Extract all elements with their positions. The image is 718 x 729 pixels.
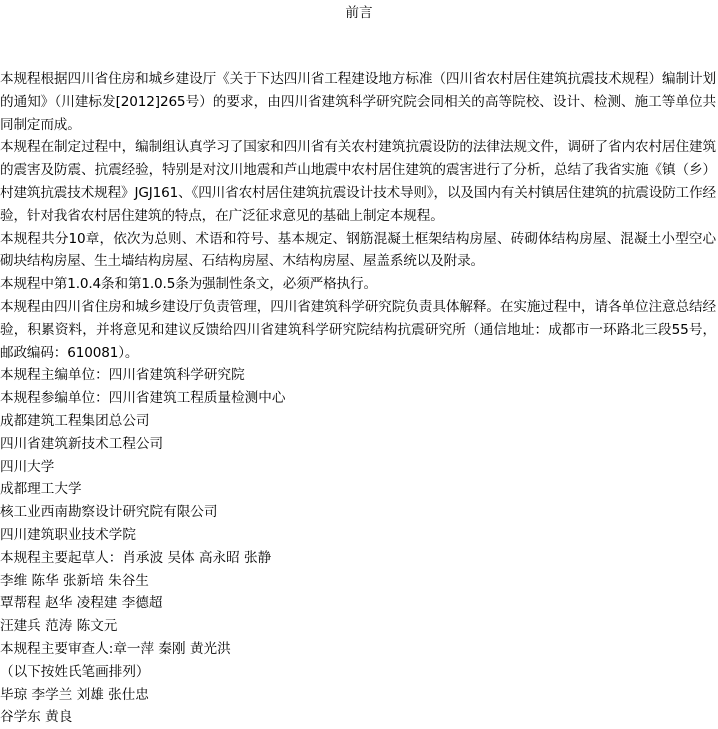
paragraph-management: 本规程由四川省住房和城乡建设厅负责管理，四川省建筑科学研究院负责具体解释。在实施… xyxy=(0,296,718,364)
drafters-list: 本规程主要起草人：肖承波 吴体 高永昭 张静 李维 陈华 张新培 朱谷生 覃帮程… xyxy=(0,547,718,638)
document-page: 前言 本规程根据四川省住房和城乡建设厅《关于下达四川省工程建设地方标准（四川省农… xyxy=(0,2,718,729)
participating-units-list: 本规程参编单位：四川省建筑工程质量检测中心 成都建筑工程集团总公司 四川省建筑新… xyxy=(0,387,718,547)
paragraph-background: 本规程根据四川省住房和城乡建设厅《关于下达四川省工程建设地方标准（四川省农村居住… xyxy=(0,68,718,136)
spacer xyxy=(0,24,718,68)
participating-unit: 成都理工大学 xyxy=(0,478,718,501)
chief-editor-unit: 本规程主编单位：四川省建筑科学研究院 xyxy=(0,364,718,387)
reviewers-note: （以下按姓氏笔画排列） xyxy=(0,661,718,684)
paragraph-process: 本规程在制定过程中，编制组认真学习了国家和四川省有关农村建筑抗震设防的法律法规文… xyxy=(0,136,718,227)
participating-unit: 四川大学 xyxy=(0,456,718,479)
reviewers-list: 本规程主要审查人:章一萍 秦刚 黄光洪 （以下按姓氏笔画排列） 毕琼 李学兰 刘… xyxy=(0,638,718,729)
drafters-line: 汪建兵 范涛 陈文元 xyxy=(0,615,718,638)
page-title: 前言 xyxy=(0,2,718,24)
participating-unit: 四川建筑职业技术学院 xyxy=(0,524,718,547)
reviewers-line: 毕琼 李学兰 刘雄 张仕忠 xyxy=(0,684,718,707)
paragraph-chapters: 本规程共分10章，依次为总则、术语和符号、基本规定、钢筋混凝土框架结构房屋、砖砌… xyxy=(0,228,718,274)
paragraph-mandatory: 本规程中第1.0.4条和第1.0.5条为强制性条文，必须严格执行。 xyxy=(0,273,718,296)
drafters-line: 李维 陈华 张新培 朱谷生 xyxy=(0,570,718,593)
reviewers-line: 谷学东 黄良 xyxy=(0,706,718,729)
reviewers-line: 本规程主要审查人:章一萍 秦刚 黄光洪 xyxy=(0,638,718,661)
drafters-line: 覃帮程 赵华 凌程建 李德超 xyxy=(0,592,718,615)
participating-unit: 核工业西南勘察设计研究院有限公司 xyxy=(0,501,718,524)
participating-unit: 本规程参编单位：四川省建筑工程质量检测中心 xyxy=(0,387,718,410)
participating-unit: 成都建筑工程集团总公司 xyxy=(0,410,718,433)
drafters-line: 本规程主要起草人：肖承波 吴体 高永昭 张静 xyxy=(0,547,718,570)
participating-unit: 四川省建筑新技术工程公司 xyxy=(0,433,718,456)
